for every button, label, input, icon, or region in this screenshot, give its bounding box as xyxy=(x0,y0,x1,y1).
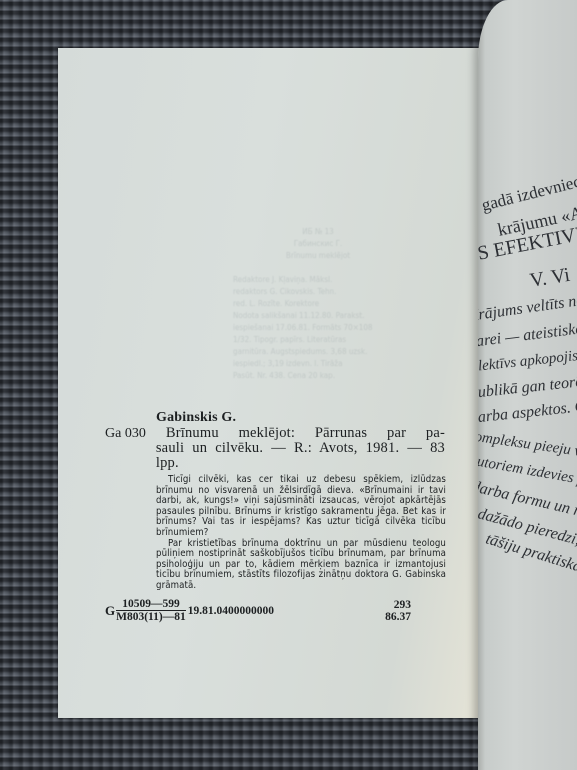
annotation: Ticīgi cilvēki, kas cer tikai uz debesu … xyxy=(156,475,446,592)
show-through-line: garnitūra. Augstspiedums. 3,68 uzsk. xyxy=(233,346,403,358)
right-book-page: gadā izdevniec krājumu «AT S EFEKTIVIT V… xyxy=(478,0,577,770)
show-through-line: redaktors G. Cikovskis. Tehn. xyxy=(233,286,403,298)
right-page-fragment: kolektīvs apkopojis pie xyxy=(478,346,577,377)
show-through-line: Nodota salikšanai 11.12.80. Parakst. xyxy=(233,310,403,322)
bbk-code: 19.81.0400000000 xyxy=(188,605,274,617)
bbk-index-top: 293 xyxy=(385,599,411,611)
bbk-index: 293 86.37 xyxy=(385,599,411,623)
book-title: Brīnumu meklējot: Pārrunas par pa- sauli… xyxy=(156,426,445,471)
show-through-line: Redaktore J. Kļaviņa. Māksl. xyxy=(233,274,403,286)
bbk-fraction: 10509—599 M803(11)—81 xyxy=(116,598,186,624)
title-line: Brīnumu meklējot: Pārrunas par pa- xyxy=(156,426,445,441)
bbk-index-bottom: 86.37 xyxy=(385,611,411,623)
show-through-line xyxy=(233,262,403,274)
bbk-denominator: M803(11)—81 xyxy=(116,611,186,624)
show-through-line: iespiedl.; 3,19 izdevn. l. Tirāža xyxy=(233,358,403,370)
bbk-numerator: 10509—599 xyxy=(116,598,186,611)
title-line: lpp. xyxy=(156,456,445,471)
right-page-fragment: publikā gan teorētiskā xyxy=(478,370,577,403)
classification-code: Ga 030 xyxy=(105,426,156,471)
show-through-line: Pasūt. Nr. 438. Cena 20 kap. xyxy=(233,370,403,382)
annotation-paragraph: Par kristietības brīnuma doktrīnu un par… xyxy=(156,539,446,592)
show-through-colophon: ИБ № 13 Габинскис Г. Brīnumu meklējot Re… xyxy=(233,226,403,382)
show-through-line: 1/32. Tipogr. papīrs. Literatūras xyxy=(233,334,403,346)
author-heading: Gabinskis G. xyxy=(156,410,445,426)
right-page-fragment: Krājums veltīts nozī xyxy=(478,290,577,326)
show-through-line: ИБ № 13 xyxy=(233,226,403,238)
show-through-line: iespiešanai 17.06.81. Formāts 70×108 xyxy=(233,322,403,334)
show-through-line: red. L. Rozīte. Korektore xyxy=(233,298,403,310)
right-page-fragment: sarei — ateistiskaj xyxy=(478,320,577,352)
right-page-fragment: V. Vi xyxy=(528,264,571,293)
bbk-prefix: G xyxy=(105,603,115,619)
annotation-paragraph: Ticīgi cilvēki, kas cer tikai uz debesu … xyxy=(156,475,446,539)
catalog-entry: Gabinskis G. Ga 030 Brīnumu meklējot: Pā… xyxy=(105,410,445,624)
title-line: sauli un cilvēku. — R.: Avots, 1981. — 8… xyxy=(156,441,445,456)
left-book-page: ИБ № 13 Габинскис Г. Brīnumu meklējot Re… xyxy=(58,48,493,718)
show-through-line: Габинскис Г. xyxy=(233,238,403,250)
bbk-line: G 10509—599 M803(11)—81 19.81.0400000000… xyxy=(105,598,445,624)
show-through-line: Brīnumu meklējot xyxy=(233,250,403,262)
